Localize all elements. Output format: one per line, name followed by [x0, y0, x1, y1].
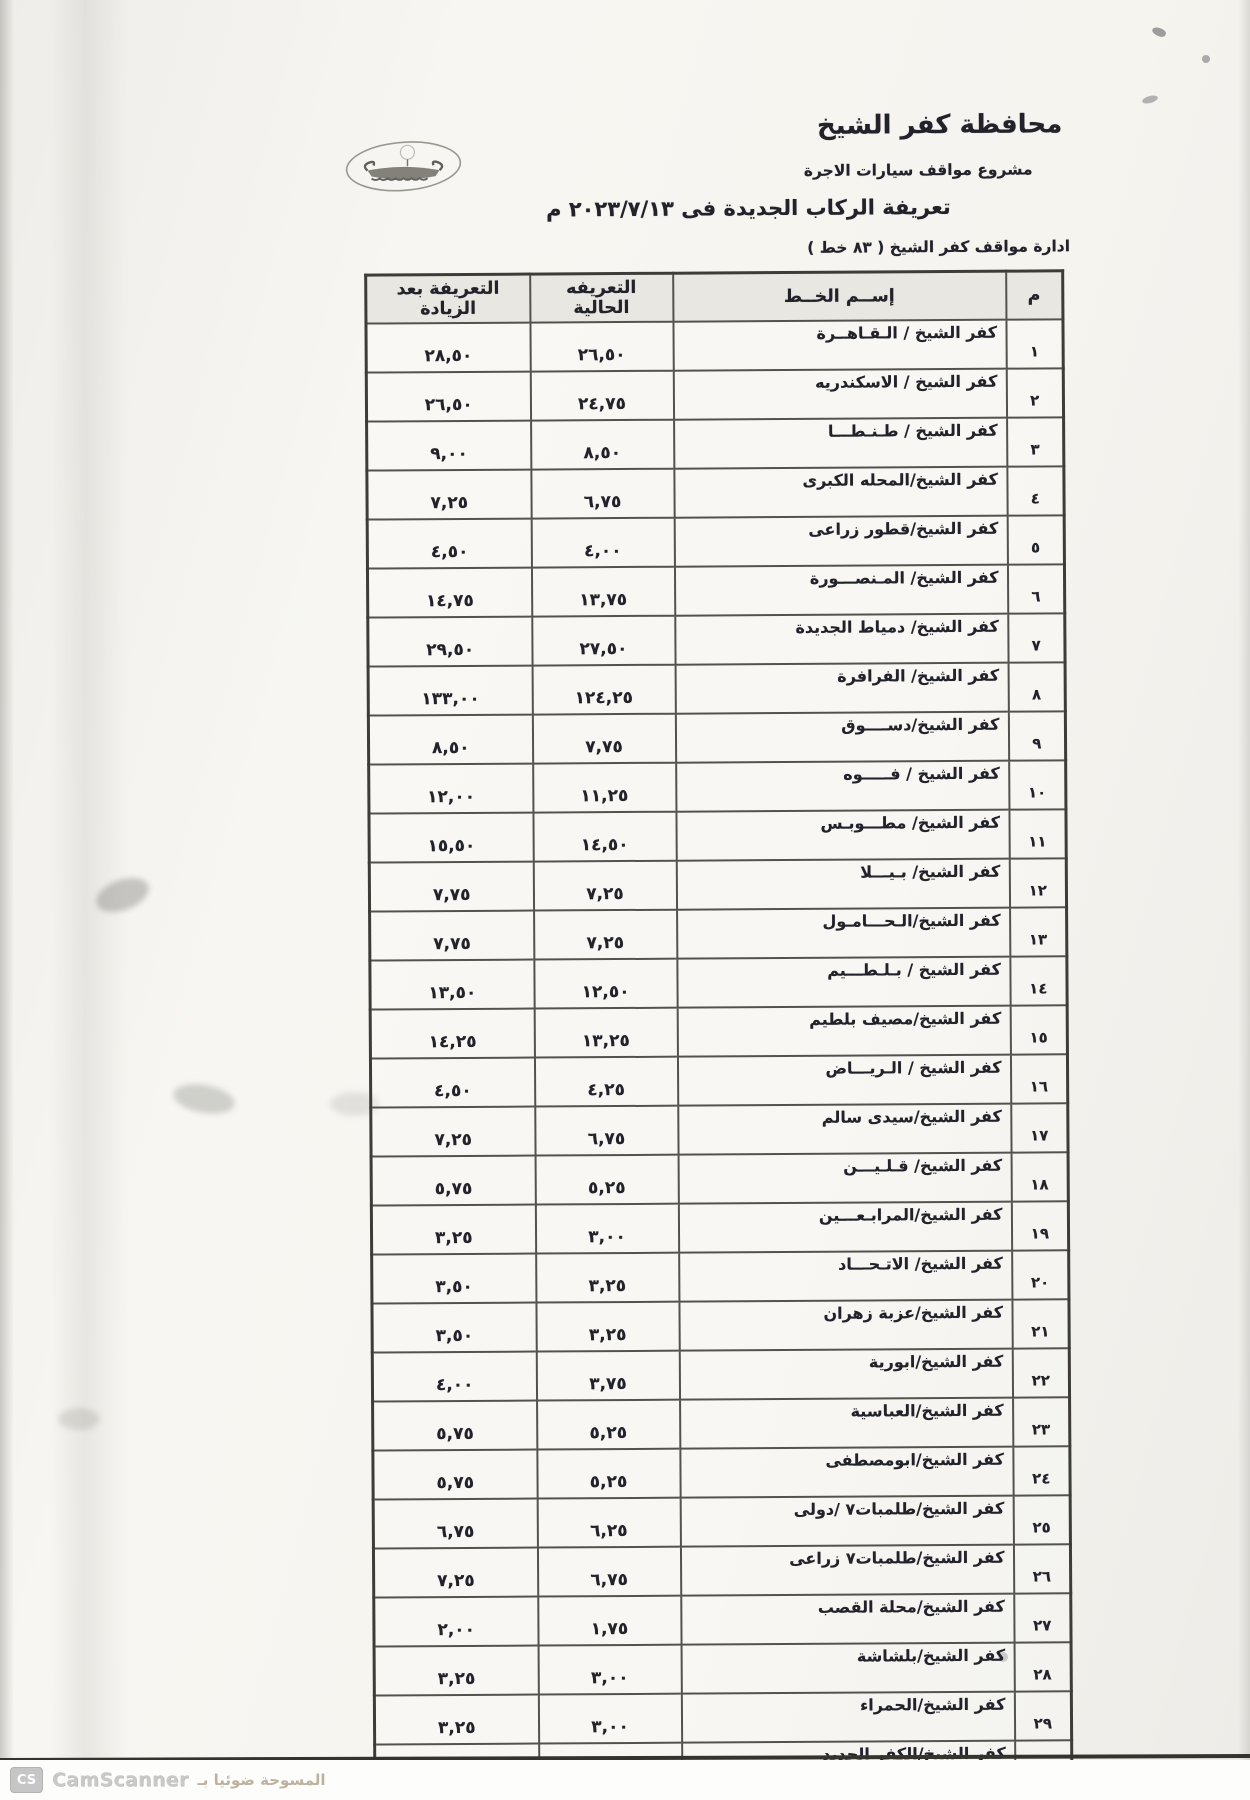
after-fare-cell: ٢٦,٥٠ [366, 372, 530, 422]
table-row: ٢١ كفر الشيخ/عزبة زهران ٣,٢٥ ٣,٥٠ [372, 1299, 1069, 1352]
serial-cell: ٢٦ [1013, 1544, 1070, 1593]
table-row: ١٨ كفر الشيخ/ قـلـيـــن ٥,٢٥ ٥,٧٥ [371, 1152, 1068, 1205]
after-fare-cell: ٣,٢٥ [374, 1646, 538, 1696]
serial-cell: ٧ [1008, 613, 1065, 662]
current-fare-cell: ٦,٧٥ [531, 469, 674, 519]
after-fare-cell: ٧,٢٥ [367, 470, 531, 520]
table-row: ٢ كفر الشيخ / الاسكندريه ٢٤,٧٥ ٢٦,٥٠ [366, 368, 1063, 421]
serial-cell: ٤ [1007, 466, 1064, 515]
table-row: ١٢ كفر الشيخ/ بـيـــلا ٧,٢٥ ٧,٧٥ [369, 858, 1066, 911]
tariff-title: تعريفة الركاب الجديدة فى ٢٠٢٣/٧/١٣ م [546, 195, 951, 221]
serial-cell: ٢١ [1012, 1299, 1069, 1348]
serial-cell: ١٧ [1011, 1103, 1068, 1152]
line-name-cell: كفر الشيخ/طلمبات٧ /دولى [680, 1496, 1013, 1547]
after-fare-cell: ٥,٧٥ [373, 1450, 537, 1500]
line-name-cell: كفر الشيخ/مصيف بلطيم [677, 1006, 1010, 1057]
line-name-cell: كفر الشيخ/الـحـــامـول [677, 908, 1010, 959]
table-row: ٢٣ كفر الشيخ/العباسية ٥,٢٥ ٥,٧٥ [373, 1397, 1070, 1450]
current-fare-cell: ٢٦,٥٠ [530, 322, 673, 372]
table-row: ٢٧ كفر الشيخ/محلة القصب ١,٧٥ ٢,٠٠ [374, 1593, 1071, 1646]
after-fare-header: التعريفة بعد الزيادة [366, 274, 530, 324]
after-fare-cell: ٧,٧٥ [370, 911, 534, 961]
after-fare-cell: ٢٨,٥٠ [366, 323, 530, 373]
current-fare-cell: ٦,٢٥ [537, 1498, 680, 1548]
table-row: ٤ كفر الشيخ/المحله الكبرى ٦,٧٥ ٧,٢٥ [367, 466, 1064, 519]
current-fare-cell: ٣,٢٥ [536, 1302, 679, 1352]
current-fare-cell: ٦,٧٥ [535, 1106, 678, 1156]
serial-cell: ٥ [1007, 515, 1064, 564]
table-header-row: م إســم الخــط التعريفه الحالية التعريفة… [366, 271, 1063, 324]
table-row: ٢٠ كفر الشيخ/ الاتـحـــاد ٣,٢٥ ٣,٥٠ [372, 1250, 1069, 1303]
serial-cell: ٢٠ [1012, 1250, 1069, 1299]
current-fare-cell: ١٣,٢٥ [534, 1008, 677, 1058]
after-fare-cell: ٥,٧٥ [373, 1401, 537, 1451]
after-fare-cell: ٢,٠٠ [374, 1597, 538, 1647]
line-name-cell: كفر الشيخ/ بـيـــلا [676, 859, 1009, 910]
after-fare-cell: ١٥,٥٠ [369, 813, 533, 863]
table-row: ٣ كفر الشيخ / طـنـطـــا ٨,٥٠ ٩,٠٠ [367, 417, 1064, 470]
table-row: ١٠ كفر الشيخ / فـــــوه ١١,٢٥ ١٢,٠٠ [369, 760, 1066, 813]
current-fare-cell: ٦,٧٥ [537, 1547, 680, 1597]
current-fare-cell: ١,٧٥ [538, 1596, 681, 1646]
governorate-logo [343, 137, 463, 194]
serial-cell: ٢٩ [1014, 1691, 1071, 1740]
camscanner-arabic: المسوحة ضوئيا بـ [198, 1771, 326, 1789]
serial-cell: ١٥ [1010, 1005, 1067, 1054]
serial-header: م [1006, 271, 1063, 320]
table-row: ٢٢ كفر الشيخ/ابورية ٣,٧٥ ٤,٠٠ [372, 1348, 1069, 1401]
table-row: ٨ كفر الشيخ/ الفرافرة ١٢٤,٢٥ ١٣٣,٠٠ [368, 662, 1065, 715]
after-fare-cell: ١٢,٠٠ [369, 764, 533, 814]
table-row: ١٣ كفر الشيخ/الـحـــامـول ٧,٢٥ ٧,٧٥ [370, 907, 1067, 960]
line-name-cell: كفر الشيخ / فـــــوه [676, 761, 1009, 812]
after-fare-cell: ٦,٧٥ [373, 1499, 537, 1549]
table-body: ١ كفر الشيخ / الـقـاهــرة ٢٦,٥٠ ٢٨,٥٠ ٢ … [366, 319, 1072, 1794]
table-row: ٥ كفر الشيخ/قطور زراعى ٤,٠٠ ٤,٥٠ [367, 515, 1064, 568]
after-fare-cell: ٧,٢٥ [373, 1548, 537, 1598]
current-fare-cell: ٣,٠٠ [538, 1694, 681, 1744]
serial-cell: ٨ [1008, 662, 1065, 711]
serial-cell: ١٦ [1010, 1054, 1067, 1103]
line-name-cell: كفر الشيخ/محلة القصب [681, 1594, 1014, 1645]
current-fare-cell: ٥,٢٥ [537, 1449, 680, 1499]
current-fare-cell: ١٢٤,٢٥ [532, 665, 675, 715]
serial-cell: ١٩ [1011, 1201, 1068, 1250]
current-fare-cell: ٧,٢٥ [534, 910, 677, 960]
after-fare-cell: ٩,٠٠ [367, 421, 531, 471]
line-name-cell: كفر الشيخ/طلمبات٧ زراعى [680, 1545, 1013, 1596]
after-fare-cell: ٨,٥٠ [368, 715, 532, 765]
line-name-cell: كفر الشيخ/قطور زراعى [674, 516, 1007, 567]
line-name-cell: كفر الشيخ/بلشاشة [681, 1643, 1014, 1694]
after-fare-cell: ٤,٠٠ [372, 1352, 536, 1402]
table-row: ٢٥ كفر الشيخ/طلمبات٧ /دولى ٦,٢٥ ٦,٧٥ [373, 1495, 1070, 1548]
current-fare-cell: ٧,٧٥ [532, 714, 675, 764]
serial-cell: ٢٣ [1013, 1397, 1070, 1446]
table-row: ١ كفر الشيخ / الـقـاهــرة ٢٦,٥٠ ٢٨,٥٠ [366, 319, 1063, 372]
line-name-cell: كفر الشيخ/ قـلـيـــن [678, 1153, 1011, 1204]
current-fare-cell: ١٤,٥٠ [533, 812, 676, 862]
table-row: ٧ كفر الشيخ/ دمياط الجديدة ٢٧,٥٠ ٢٩,٥٠ [368, 613, 1065, 666]
current-fare-cell: ٨,٥٠ [531, 420, 674, 470]
current-fare-cell: ٣,٢٥ [536, 1253, 679, 1303]
table-row: ١٥ كفر الشيخ/مصيف بلطيم ١٣,٢٥ ١٤,٢٥ [370, 1005, 1067, 1058]
table-row: ١٩ كفر الشيخ/المرابـعـــين ٣,٠٠ ٣,٢٥ [371, 1201, 1068, 1254]
serial-cell: ١٤ [1010, 956, 1067, 1005]
serial-cell: ٣ [1007, 417, 1064, 466]
line-name-cell: كفر الشيخ/سيدى سالم [678, 1104, 1011, 1155]
line-name-cell: كفر الشيخ/ الفرافرة [675, 663, 1008, 714]
table-row: ١٦ كفر الشيخ / الـريـــاض ٤,٢٥ ٤,٥٠ [370, 1054, 1067, 1107]
current-fare-cell: ٣,٧٥ [536, 1351, 679, 1401]
camscanner-watermark: CS CamScanner المسوحة ضوئيا بـ [10, 1767, 326, 1793]
line-name-header: إســم الخــط [673, 271, 1006, 322]
line-name-cell: كفر الشيخ/ابورية [679, 1349, 1012, 1400]
line-name-cell: كفر الشيخ/ابومصطفى [680, 1447, 1013, 1498]
line-name-cell: كفر الشيخ/ الاتـحـــاد [679, 1251, 1012, 1302]
after-fare-cell: ١٣٣,٠٠ [368, 666, 532, 716]
current-fare-cell: ٢٧,٥٠ [532, 616, 675, 666]
camscanner-brand: CamScanner [52, 1769, 189, 1791]
current-fare-cell: ٣,٠٠ [538, 1645, 681, 1695]
document-content: محافظة كفر الشيخ مشروع مواقف سيارات الاج… [0, 0, 1250, 1800]
table-row: ١٤ كفر الشيخ / بـلـطـــيم ١٢,٥٠ ١٣,٥٠ [370, 956, 1067, 1009]
after-fare-cell: ٣,٢٥ [374, 1695, 538, 1745]
serial-cell: ٢٨ [1014, 1642, 1071, 1691]
serial-cell: ٩ [1008, 711, 1065, 760]
line-name-cell: كفر الشيخ / بـلـطـــيم [677, 957, 1010, 1008]
serial-cell: ٢٢ [1012, 1348, 1069, 1397]
fares-table: م إســم الخــط التعريفه الحالية التعريفة… [364, 269, 1073, 1795]
after-fare-cell: ٣,٥٠ [372, 1254, 536, 1304]
serial-cell: ٢٧ [1014, 1593, 1071, 1642]
line-name-cell: كفر الشيخ / الاسكندريه [673, 369, 1006, 420]
after-fare-cell: ١٣,٥٠ [370, 960, 534, 1010]
line-name-cell: كفر الشيخ/عزبة زهران [679, 1300, 1012, 1351]
boat-emblem-icon [343, 137, 463, 194]
table-row: ٢٤ كفر الشيخ/ابومصطفى ٥,٢٥ ٥,٧٥ [373, 1446, 1070, 1499]
current-fare-cell: ١٢,٥٠ [534, 959, 677, 1009]
line-name-cell: كفر الشيخ/العباسية [680, 1398, 1013, 1449]
after-fare-cell: ٢٩,٥٠ [368, 617, 532, 667]
after-fare-cell: ٧,٧٥ [369, 862, 533, 912]
serial-cell: ١١ [1009, 809, 1066, 858]
serial-cell: ١٠ [1009, 760, 1066, 809]
line-name-cell: كفر الشيخ/الحمراء [681, 1692, 1014, 1743]
serial-cell: ٢٤ [1013, 1446, 1070, 1495]
serial-cell: ١٢ [1009, 858, 1066, 907]
table-row: ١٧ كفر الشيخ/سيدى سالم ٦,٧٥ ٧,٢٥ [371, 1103, 1068, 1156]
after-fare-cell: ٤,٥٠ [370, 1058, 534, 1108]
line-name-cell: كفر الشيخ/ المـنصـــورة [674, 565, 1007, 616]
current-fare-cell: ٤,٢٥ [534, 1057, 677, 1107]
current-fare-cell: ٧,٢٥ [533, 861, 676, 911]
serial-cell: ١ [1006, 319, 1063, 368]
table-row: ١١ كفر الشيخ/ مطـــوبـس ١٤,٥٠ ١٥,٥٠ [369, 809, 1066, 862]
line-name-cell: كفر الشيخ / الـقـاهــرة [673, 320, 1006, 371]
current-fare-header: التعريفه الحالية [530, 273, 673, 322]
current-fare-cell: ١١,٢٥ [533, 763, 676, 813]
after-fare-cell: ٣,٥٠ [372, 1303, 536, 1353]
line-name-cell: كفر الشيخ / الـريـــاض [677, 1055, 1010, 1106]
serial-cell: ٦ [1007, 564, 1064, 613]
after-fare-cell: ٥,٧٥ [371, 1156, 535, 1206]
line-name-cell: كفر الشيخ/ دمياط الجديدة [675, 614, 1008, 665]
table-row: ٢٦ كفر الشيخ/طلمبات٧ زراعى ٦,٧٥ ٧,٢٥ [373, 1544, 1070, 1597]
table-row: ٢٩ كفر الشيخ/الحمراء ٣,٠٠ ٣,٢٥ [374, 1691, 1071, 1744]
after-fare-cell: ٤,٥٠ [367, 519, 531, 569]
admin-line: ادارة مواقف كفر الشيخ ( ٨٣ خط ) [807, 237, 1070, 257]
serial-cell: ٢٥ [1013, 1495, 1070, 1544]
line-name-cell: كفر الشيخ/ مطـــوبـس [676, 810, 1009, 861]
table-row: ٦ كفر الشيخ/ المـنصـــورة ١٣,٧٥ ١٤,٧٥ [367, 564, 1064, 617]
serial-cell: ١٨ [1011, 1152, 1068, 1201]
after-fare-cell: ١٤,٢٥ [370, 1009, 534, 1059]
line-name-cell: كفر الشيخ/دســــوق [675, 712, 1008, 763]
table-row: ٩ كفر الشيخ/دســــوق ٧,٧٥ ٨,٥٠ [368, 711, 1065, 764]
serial-cell: ١٣ [1010, 907, 1067, 956]
current-fare-cell: ٤,٠٠ [531, 518, 674, 568]
project-subtitle: مشروع مواقف سيارات الاجرة [804, 160, 1033, 179]
after-fare-cell: ١٤,٧٥ [367, 568, 531, 618]
camscanner-logo-icon: CS [10, 1767, 43, 1793]
current-fare-cell: ١٣,٧٥ [531, 567, 674, 617]
serial-cell: ٢ [1006, 368, 1063, 417]
current-fare-cell: ٥,٢٥ [537, 1400, 680, 1450]
scanned-document-page: { "header": { "governorate": "محافظة كفر… [0, 0, 1250, 1800]
current-fare-cell: ٢٤,٧٥ [530, 371, 673, 421]
page-title: محافظة كفر الشيخ [817, 109, 1062, 140]
after-fare-cell: ٣,٢٥ [371, 1205, 535, 1255]
current-fare-cell: ٣,٠٠ [535, 1204, 678, 1254]
after-fare-cell: ٧,٢٥ [371, 1107, 535, 1157]
line-name-cell: كفر الشيخ / طـنـطـــا [674, 418, 1007, 469]
line-name-cell: كفر الشيخ/المرابـعـــين [678, 1202, 1011, 1253]
line-name-cell: كفر الشيخ/المحله الكبرى [674, 467, 1007, 518]
current-fare-cell: ٥,٢٥ [535, 1155, 678, 1205]
table-row: ٢٨ كفر الشيخ/بلشاشة ٣,٠٠ ٣,٢٥ [374, 1642, 1071, 1695]
